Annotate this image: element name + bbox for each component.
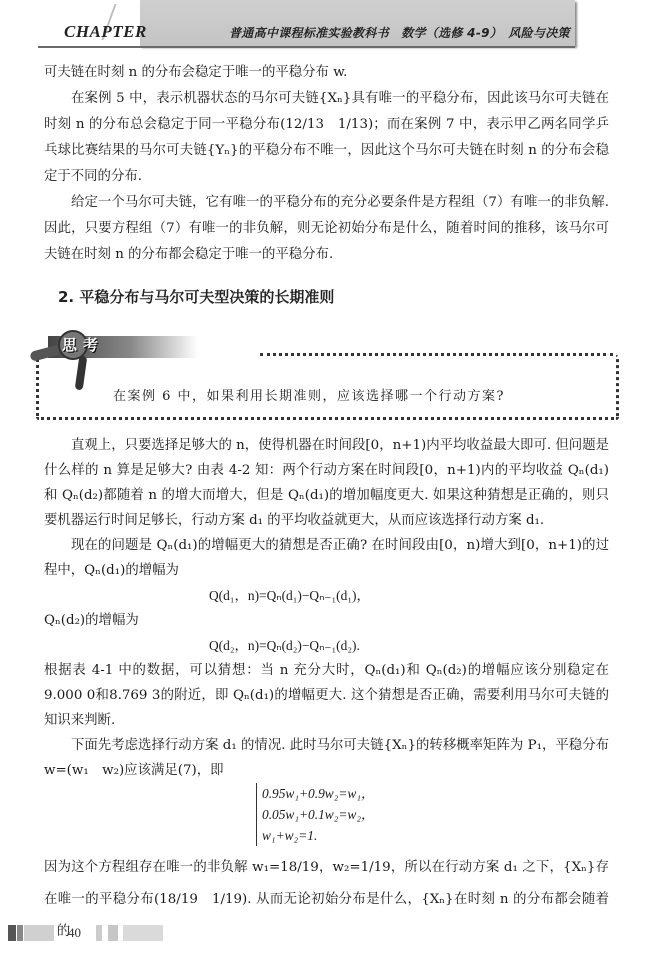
equation: Q(d₁，n)=Qₙ(d₁)−Qₙ₋₁(d₁)， — [44, 583, 609, 608]
footer-block — [108, 925, 118, 941]
equation: Q(d₂，n)=Qₙ(d₂)−Qₙ₋₁(d₂). — [44, 633, 609, 658]
header-divider — [38, 46, 575, 48]
page-footer: 40 — [0, 915, 650, 945]
footer-block — [123, 925, 163, 941]
equation-system: 0.95w₁+0.9w₂=w₁， 0.05w₁+0.1w₂=w₂， w₁+w₂=… — [256, 783, 609, 846]
think-label: 思考 — [62, 334, 104, 355]
paragraph: Qₙ(d₂)的增幅为 — [44, 608, 609, 633]
paragraph: 可夫链在时刻 n 的分布会稳定于唯一的平稳分布 w. — [44, 60, 609, 86]
paragraph: 下面先考虑选择行动方案 d₁ 的情况. 此时马尔可夫链{Xₙ}的转移概率矩阵为 … — [44, 733, 609, 783]
footer-block — [8, 925, 16, 941]
chapter-label: CHAPTER — [64, 22, 147, 42]
paragraph: 现在的问题是 Qₙ(d₁)的增幅更大的猜想是否正确? 在时间段由[0，n)增大到… — [44, 533, 609, 583]
top-text: 可夫链在时刻 n 的分布会稳定于唯一的平稳分布 w. 在案例 5 中，表示机器状… — [44, 60, 609, 268]
paragraph: 给定一个马尔可夫链，它有唯一的平稳分布的充分必要条件是方程组（7）有唯一的非负解… — [44, 190, 609, 268]
paragraph: 直观上，只要选择足够大的 n，使得机器在时间段[0，n+1)内平均收益最大即可.… — [44, 433, 609, 533]
system-line: w₁+w₂=1. — [262, 825, 609, 846]
main-text: 直观上，只要选择足够大的 n，使得机器在时间段[0，n+1)内平均收益最大即可.… — [44, 433, 609, 948]
book-title: 普通高中课程标准实验教科书 数学（选修 4-9） 风险与决策 — [229, 24, 570, 41]
footer-block — [96, 925, 102, 941]
footer-block — [17, 925, 23, 941]
page-number: 40 — [68, 925, 81, 941]
system-line: 0.95w₁+0.9w₂=w₁， — [262, 783, 609, 804]
page-header: CHAPTER 普通高中课程标准实验教科书 数学（选修 4-9） 风险与决策 — [0, 0, 650, 48]
footer-block — [24, 925, 54, 941]
paragraph: 根据表 4-1 中的数据，可以猜想：当 n 充分大时，Qₙ(d₁)和 Qₙ(d₂… — [44, 658, 609, 733]
system-line: 0.05w₁+0.1w₂=w₂， — [262, 804, 609, 825]
think-question: 在案例 6 中，如果利用长期准则，应该选择哪一个行动方案? — [113, 385, 505, 404]
paragraph: 在案例 5 中，表示机器状态的马尔可夫链{Xₙ}具有唯一的平稳分布，因此该马尔可… — [44, 86, 609, 190]
section-title: 2. 平稳分布与马尔可夫型决策的长期准则 — [58, 286, 334, 307]
